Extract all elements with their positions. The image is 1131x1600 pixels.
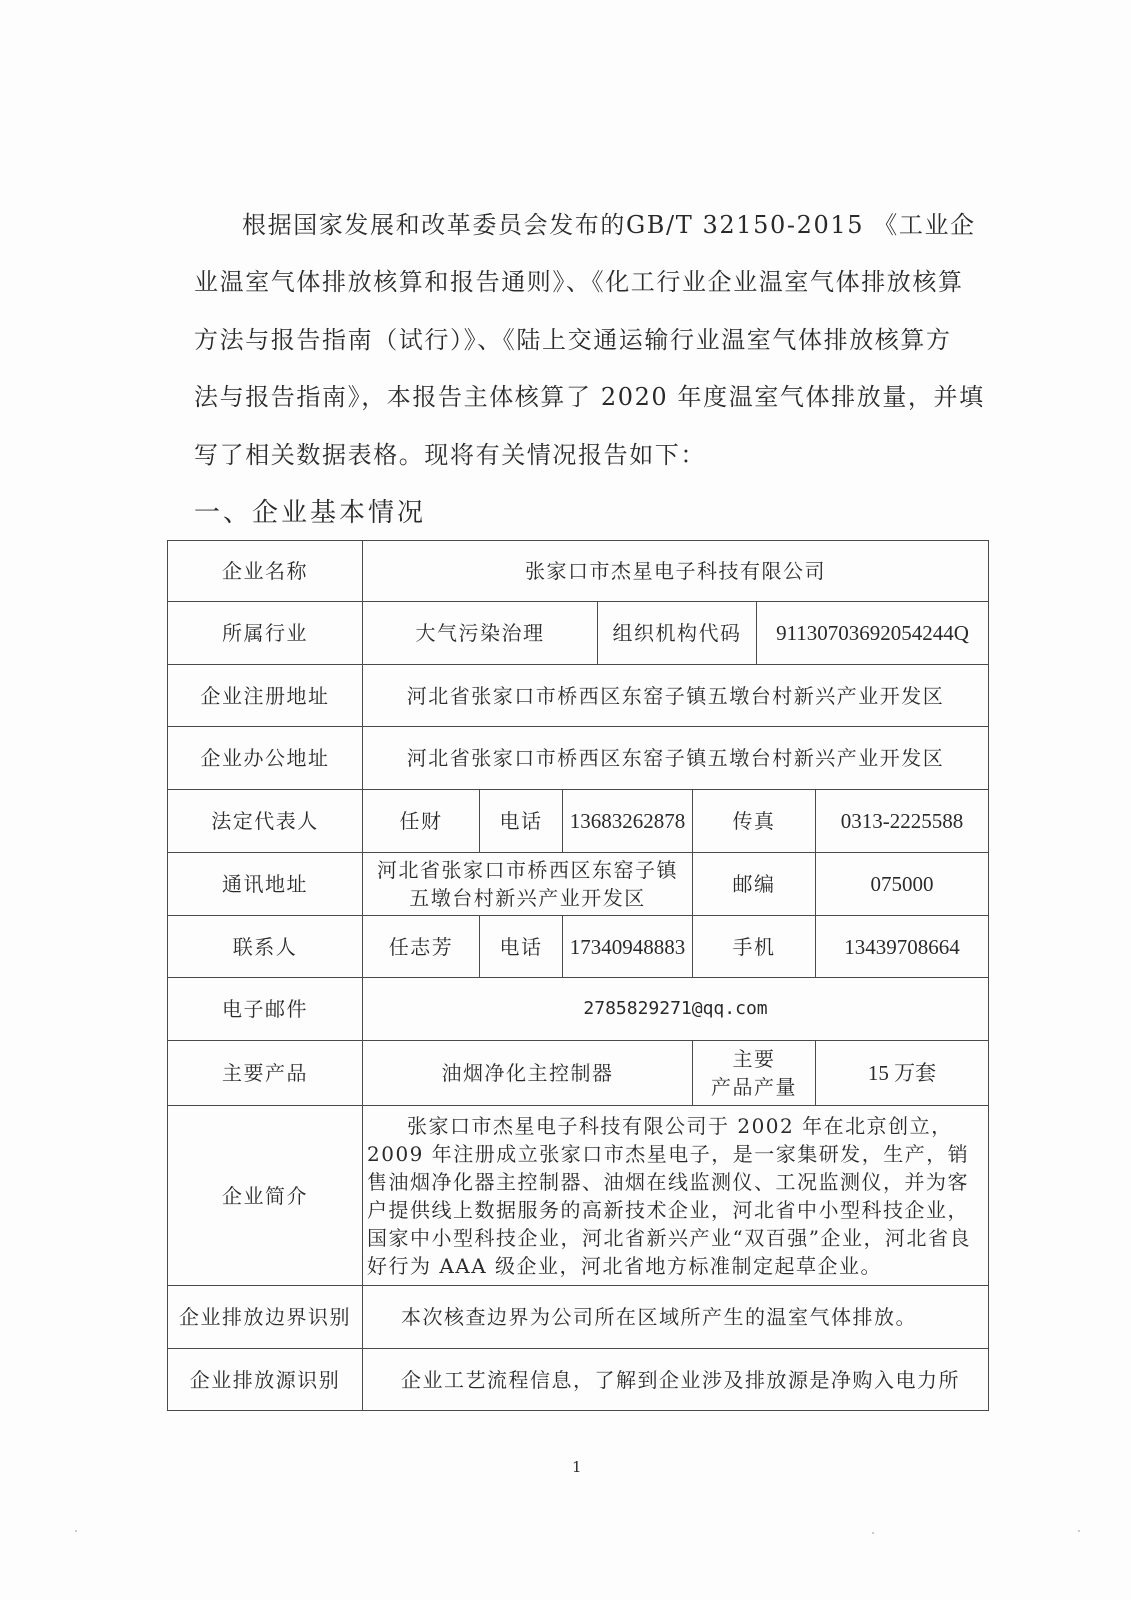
value-contact-name: 任志芳 — [363, 916, 480, 978]
intro-line-3: 方法与报告指南（试行）》、《陆上交通运输行业温室气体排放核算方 — [194, 320, 952, 355]
value-main-product: 油烟净化主控制器 — [363, 1041, 693, 1106]
label-office-address: 企业办公地址 — [168, 727, 363, 790]
value-mailing-address: 河北省张家口市桥西区东窑子镇 五墩台村新兴产业开发区 — [363, 853, 693, 916]
label-email: 电子邮件 — [168, 978, 363, 1041]
label-product-output-line1: 主要 — [693, 1045, 815, 1073]
row-registered-address: 企业注册地址 河北省张家口市桥西区东窑子镇五墩台村新兴产业开发区 — [168, 665, 989, 727]
label-main-product: 主要产品 — [168, 1041, 363, 1106]
label-postcode: 邮编 — [693, 853, 816, 916]
label-profile: 企业简介 — [168, 1106, 363, 1286]
label-product-output: 主要 产品产量 — [693, 1041, 816, 1106]
value-profile: 张家口市杰星电子科技有限公司于 2002 年在北京创立，2009 年注册成立张家… — [363, 1106, 989, 1286]
row-mailing-address: 通讯地址 河北省张家口市桥西区东窑子镇 五墩台村新兴产业开发区 邮编 07500… — [168, 853, 989, 916]
row-email: 电子邮件 2785829271@qq.com — [168, 978, 989, 1041]
intro-line-4: 法与报告指南》，本报告主体核算了 2020 年度温室气体排放量，并填 — [194, 377, 985, 412]
value-mailing-address-line2: 五墩台村新兴产业开发区 — [363, 884, 692, 912]
row-industry: 所属行业 大气污染治理 组织机构代码 91130703692054244Q — [168, 602, 989, 665]
label-product-output-line2: 产品产量 — [693, 1073, 815, 1101]
label-legal-rep: 法定代表人 — [168, 790, 363, 853]
page-number: 1 — [572, 1458, 582, 1476]
label-contact-phone: 电话 — [480, 916, 563, 978]
value-boundary: 本次核查边界为公司所在区域所产生的温室气体排放。 — [363, 1286, 989, 1349]
label-fax: 传真 — [693, 790, 816, 853]
profile-text: 张家口市杰星电子科技有限公司于 2002 年在北京创立，2009 年注册成立张家… — [367, 1112, 984, 1280]
scan-speck — [872, 1532, 874, 1534]
label-company-name: 企业名称 — [168, 541, 363, 602]
intro-line-5: 写了相关数据表格。现将有关情况报告如下： — [194, 435, 706, 470]
label-sources: 企业排放源识别 — [168, 1349, 363, 1411]
value-legal-rep-name: 任财 — [363, 790, 480, 853]
value-email: 2785829271@qq.com — [363, 978, 989, 1041]
section-heading: 一、企业基本情况 — [194, 492, 426, 529]
value-contact-phone: 17340948883 — [563, 916, 693, 978]
label-industry: 所属行业 — [168, 602, 363, 665]
intro-line-1: 根据国家发展和改革委员会发布的GB/T 32150-2015 《工业企 — [242, 205, 976, 240]
row-profile: 企业简介 张家口市杰星电子科技有限公司于 2002 年在北京创立，2009 年注… — [168, 1106, 989, 1286]
row-main-product: 主要产品 油烟净化主控制器 主要 产品产量 15 万套 — [168, 1041, 989, 1106]
value-product-output: 15 万套 — [816, 1041, 989, 1106]
label-mailing-address: 通讯地址 — [168, 853, 363, 916]
value-office-address: 河北省张家口市桥西区东窑子镇五墩台村新兴产业开发区 — [363, 727, 989, 790]
intro-line-2: 业温室气体排放核算和报告通则》、《化工行业企业温室气体排放核算 — [194, 262, 964, 297]
label-org-code: 组织机构代码 — [598, 602, 757, 665]
label-legal-rep-phone: 电话 — [480, 790, 563, 853]
row-company-name: 企业名称 张家口市杰星电子科技有限公司 — [168, 541, 989, 602]
row-office-address: 企业办公地址 河北省张家口市桥西区东窑子镇五墩台村新兴产业开发区 — [168, 727, 989, 790]
row-legal-rep: 法定代表人 任财 电话 13683262878 传真 0313-2225588 — [168, 790, 989, 853]
value-legal-rep-phone: 13683262878 — [563, 790, 693, 853]
value-registered-address: 河北省张家口市桥西区东窑子镇五墩台村新兴产业开发区 — [363, 665, 989, 727]
value-org-code: 91130703692054244Q — [757, 602, 989, 665]
row-boundary: 企业排放边界识别 本次核查边界为公司所在区域所产生的温室气体排放。 — [168, 1286, 989, 1349]
row-contact: 联系人 任志芳 电话 17340948883 手机 13439708664 — [168, 916, 989, 978]
row-sources: 企业排放源识别 企业工艺流程信息，了解到企业涉及排放源是净购入电力所 — [168, 1349, 989, 1411]
value-industry: 大气污染治理 — [363, 602, 598, 665]
value-mailing-address-line1: 河北省张家口市桥西区东窑子镇 — [363, 856, 692, 884]
value-company-name: 张家口市杰星电子科技有限公司 — [363, 541, 989, 602]
scan-speck — [75, 1530, 77, 1532]
value-postcode: 075000 — [816, 853, 989, 916]
value-fax: 0313-2225588 — [816, 790, 989, 853]
label-registered-address: 企业注册地址 — [168, 665, 363, 727]
scan-speck — [1078, 1530, 1080, 1532]
value-sources: 企业工艺流程信息，了解到企业涉及排放源是净购入电力所 — [363, 1349, 989, 1411]
label-contact: 联系人 — [168, 916, 363, 978]
label-mobile: 手机 — [693, 916, 816, 978]
label-boundary: 企业排放边界识别 — [168, 1286, 363, 1349]
company-info-table: 企业名称 张家口市杰星电子科技有限公司 所属行业 大气污染治理 组织机构代码 9… — [167, 540, 989, 1411]
value-mobile: 13439708664 — [816, 916, 989, 978]
